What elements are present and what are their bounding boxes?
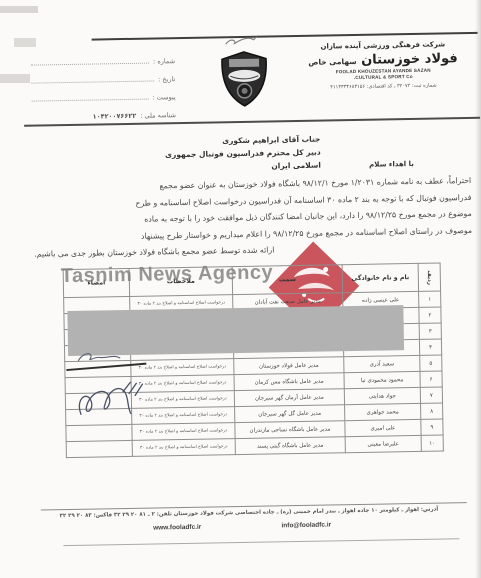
company-registration-line: شماره ثبت: ۳۲۰۷۲ ـ کد اقتصادی: ۴۱۱۳۳۳۴۶۸…: [295, 82, 471, 91]
row-number: ۶: [420, 371, 442, 387]
company-name-line: فولاد خوزستان سهامی خاص: [295, 51, 471, 69]
national-id-row: شناسه ملی : ۱۰۴۲۰۰۷۶۶۲۲: [30, 101, 176, 122]
signatory-name: محمود محمودی نیا: [344, 371, 420, 388]
national-id-value: ۱۰۴۲۰۰۷۶۶۲۲: [93, 112, 137, 121]
ref-date-blank-line: [31, 70, 154, 83]
signatory-name: علیرضا معینی: [345, 435, 421, 452]
signatory-name: سعید آذری: [344, 355, 420, 372]
signature-scribble-rows7-8: [71, 379, 164, 427]
row-number: ۵: [420, 355, 442, 371]
ref-attachment-row: پیوست :: [29, 83, 175, 104]
ref-number-label: شماره :: [153, 57, 175, 65]
signature-scribble-row5: [64, 348, 150, 377]
ref-attachment-blank-line: [32, 89, 149, 102]
col-header-row-number: ردیف: [418, 263, 440, 291]
row-number: ۱: [419, 291, 441, 307]
signatory-name: جواد هدایتی: [344, 387, 420, 404]
ref-date-label: تاریخ :: [158, 75, 175, 83]
signatory-remark: درخواست اصلاح اساسنامه و اصلاح بند ۲ ماد…: [132, 439, 235, 457]
ref-attachment-label: پیوست :: [152, 93, 175, 101]
addressee-title: دبیر کل محترم فدراسیون فوتبال جمهوری اسل…: [149, 146, 321, 175]
signatory-position: مدیر عامل گل گهر سیرجان: [235, 405, 345, 423]
row-number: ۹: [421, 419, 443, 435]
signature-cell: [66, 424, 132, 441]
company-type-fa: سهامی خاص: [308, 57, 356, 67]
footer-website: www.fooladfc.ir: [153, 524, 201, 532]
row-number: ۷: [420, 387, 442, 403]
body-line: ارائه شده توسط عضو مجمع باشگاه فولاد خوز…: [62, 242, 274, 262]
signatory-name: محمد جواهری: [345, 403, 421, 420]
col-header-name: نام و نام خانوادگی: [342, 263, 418, 292]
row-number: ۲: [419, 307, 441, 323]
row-number: ۸: [421, 403, 443, 419]
addressee-block: جناب آقای ابراهیم شکوری دبیر کل محترم فد…: [148, 133, 321, 175]
signatory-position: مدیر عامل باشگاه نساجی مازندران: [235, 421, 345, 439]
signatory-position: مدیر عامل آرمان گهر سیرجان: [234, 389, 344, 407]
company-tagline-fa: شرکت فرهنگی ورزشی آینده سازان: [295, 40, 471, 51]
signatory-position: مدیر عامل فولاد خوزستان: [234, 357, 344, 375]
letter-document: شماره : تاریخ : پیوست : شناسه ملی : ۱۰۴۲…: [0, 0, 481, 578]
signatory-name: علی امیری: [345, 419, 421, 436]
footer-bottom-rule: [63, 538, 459, 546]
signature-cell: [66, 440, 132, 457]
letterhead-company-block: شرکت فرهنگی ورزشی آینده سازان فولاد خوزس…: [295, 40, 472, 91]
signatory-position: مدیر عامل باشگاه مس کرمان: [234, 373, 344, 391]
footer-email: info@fooladfc.ir: [281, 521, 331, 529]
scanned-letter-page: شماره : تاریخ : پیوست : شناسه ملی : ۱۰۴۲…: [0, 0, 481, 578]
ref-number-row: شماره :: [29, 47, 175, 68]
ref-number-blank-line: [31, 53, 149, 66]
row-number: ۱۰: [421, 435, 443, 451]
foolad-khouzestan-club-emblem-icon: [217, 49, 272, 108]
header-top-rule: [92, 32, 478, 41]
signatory-position: مدیر عامل باشگاه گیتی پسند: [235, 437, 345, 455]
handwritten-bismillah-mark: [223, 32, 259, 49]
national-id-label: شناسه ملی :: [140, 111, 176, 120]
salutation: با اهداء سلام: [369, 160, 414, 169]
footer-links: www.fooladfc.ir info@fooladfc.ir: [153, 521, 331, 531]
reference-fields: شماره : تاریخ : پیوست : شناسه ملی : ۱۰۴۲…: [29, 47, 176, 122]
company-name-fa: فولاد خوزستان: [361, 51, 458, 68]
tasnim-watermark-text: Tasnim News Agency: [61, 261, 274, 288]
row-number: ۳: [419, 323, 441, 339]
row-number: ۴: [419, 339, 441, 355]
